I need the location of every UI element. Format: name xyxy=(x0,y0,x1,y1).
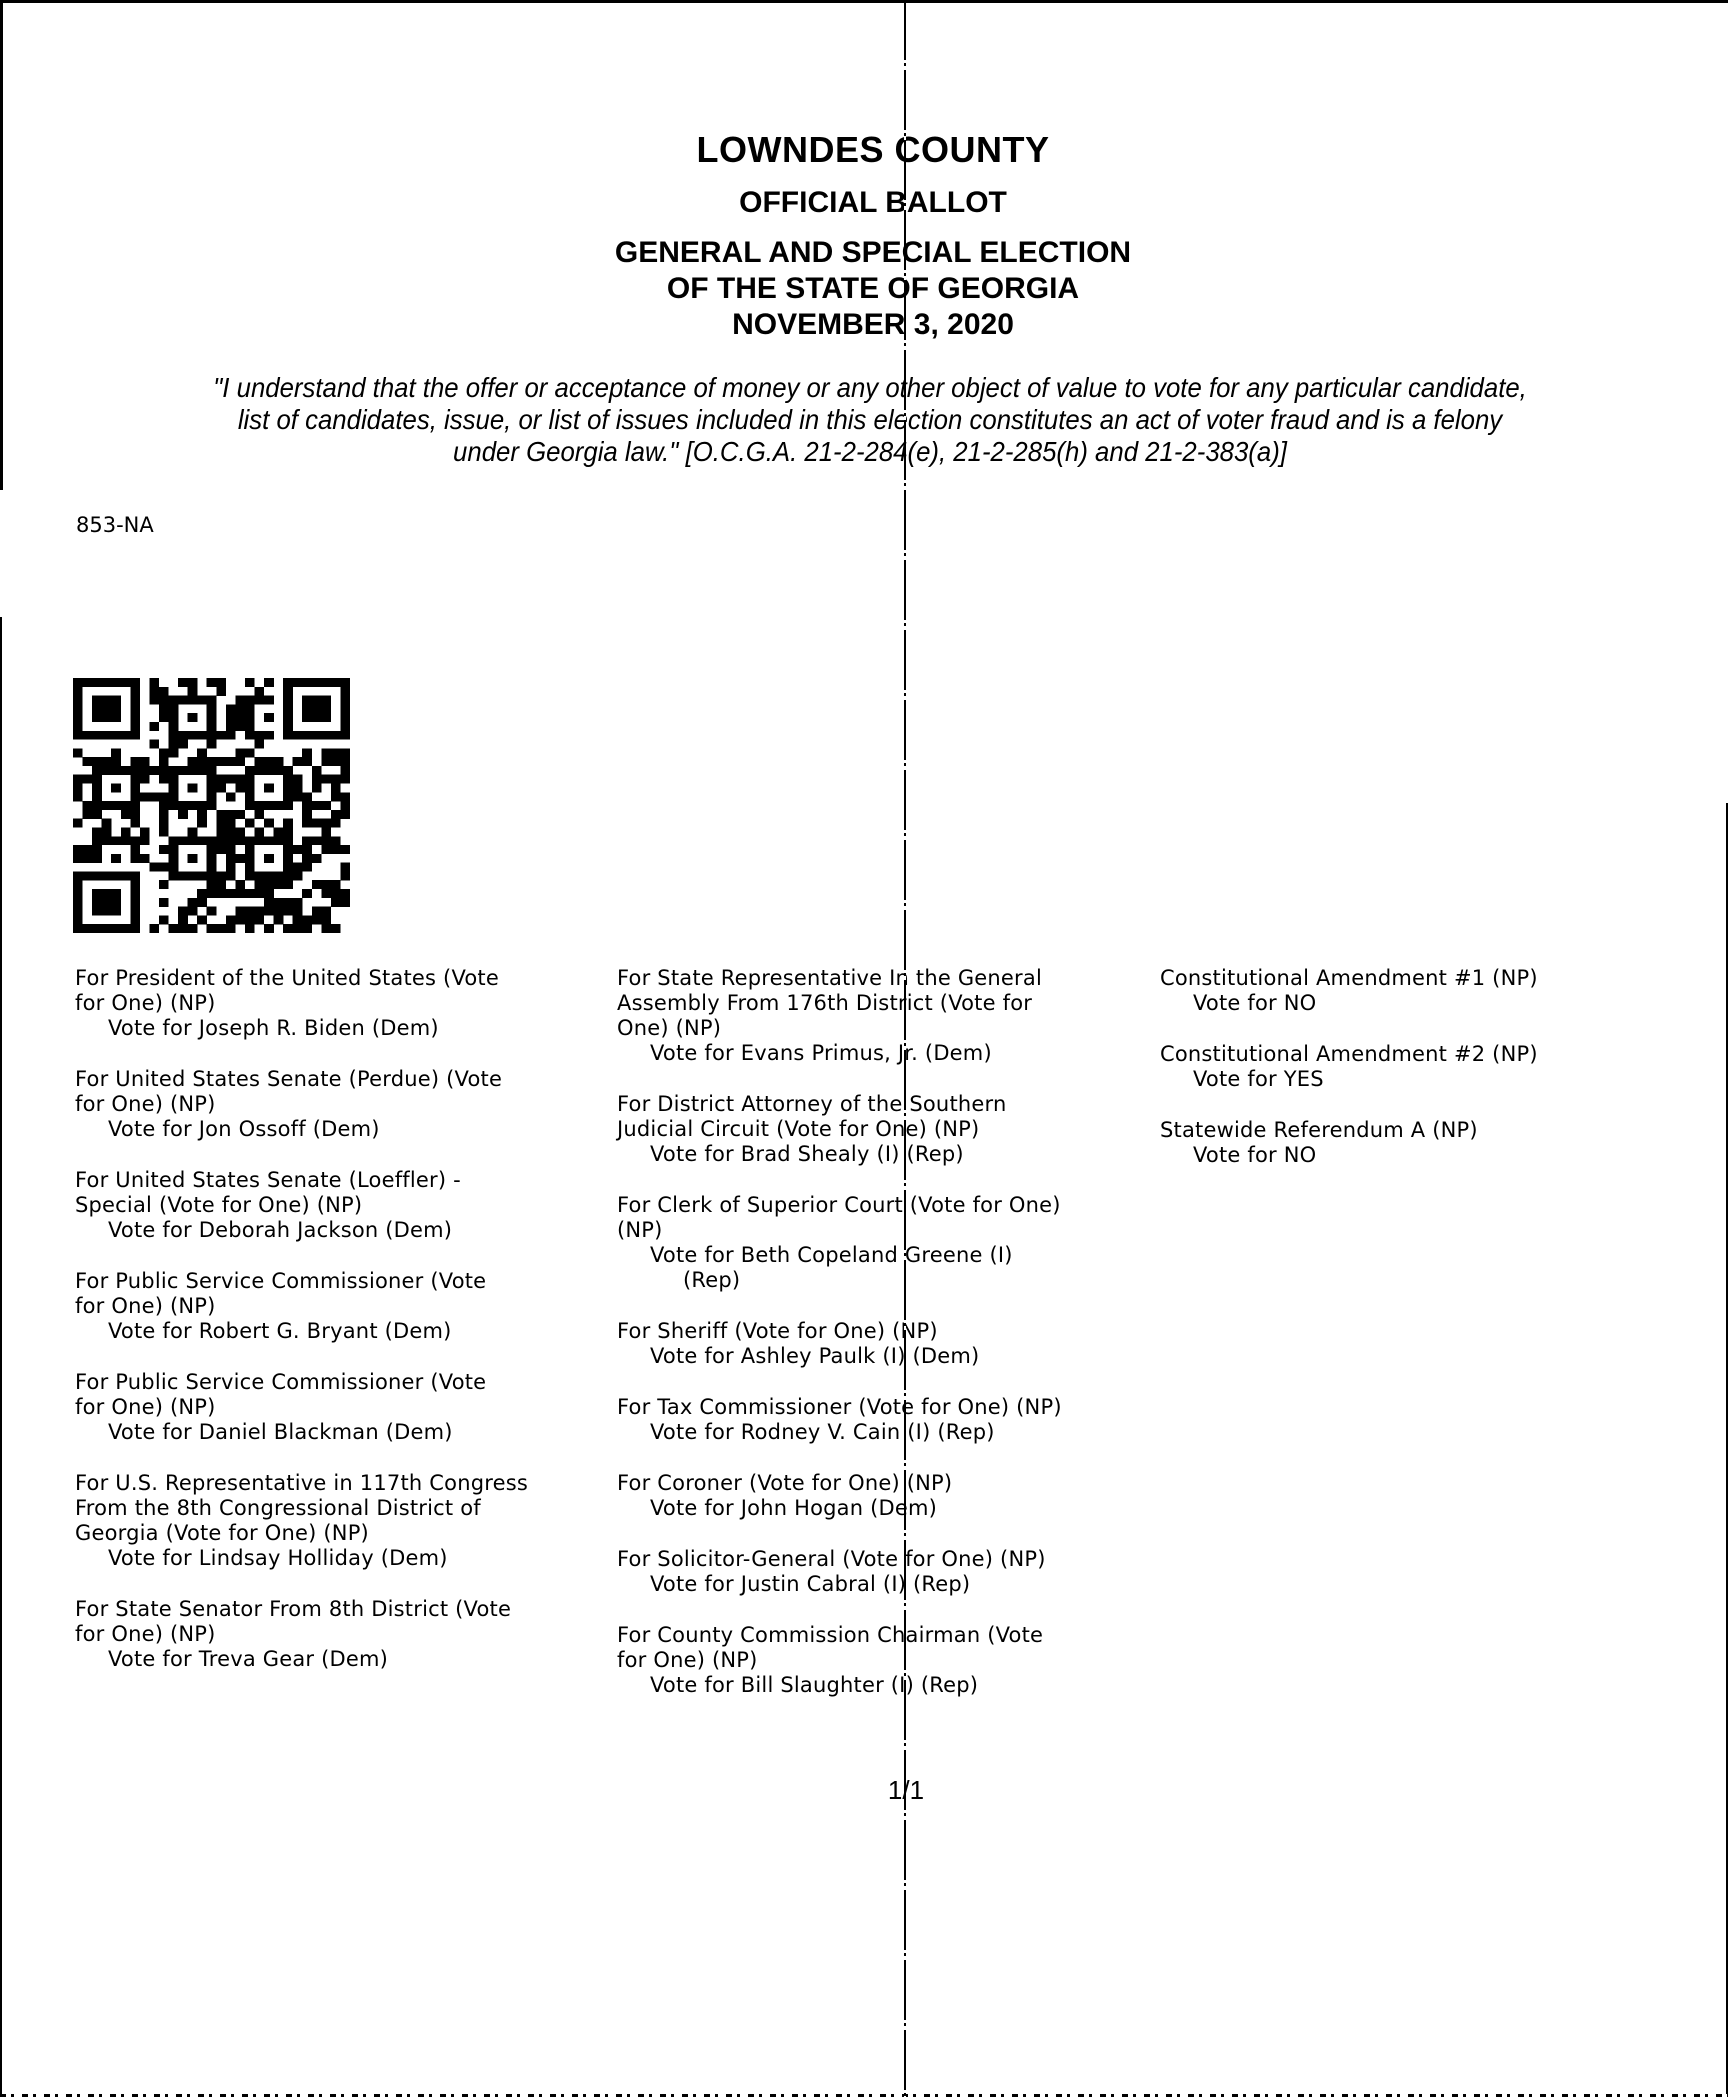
selection-text: Vote for Treva Gear (Dem) xyxy=(108,1647,615,1672)
oath-line: "I understand that the offer or acceptan… xyxy=(125,372,1615,404)
contest-title: For Coroner (Vote for One) (NP) xyxy=(617,1471,1157,1496)
contest-title: For State Representative In the General … xyxy=(617,966,1157,1041)
contest-title: For Public Service Commissioner (Vote fo… xyxy=(75,1269,615,1319)
vote-selection: Vote for Justin Cabral (I) (Rep) xyxy=(617,1572,1157,1597)
contest-title: For United States Senate (Loeffler) - Sp… xyxy=(75,1168,615,1218)
contest: For State Senator From 8th District (Vot… xyxy=(75,1597,615,1672)
contest-title: Constitutional Amendment #2 (NP) xyxy=(1160,1042,1680,1067)
selection-text: Vote for Jon Ossoff (Dem) xyxy=(108,1117,615,1142)
vote-selection: Vote for Rodney V. Cain (I) (Rep) xyxy=(617,1420,1157,1445)
contest: For Coroner (Vote for One) (NP)Vote for … xyxy=(617,1471,1157,1521)
selection-text: Vote for NO xyxy=(1193,1143,1680,1168)
contest-title: For Clerk of Superior Court (Vote for On… xyxy=(617,1193,1157,1243)
selection-text: Vote for Daniel Blackman (Dem) xyxy=(108,1420,615,1445)
contest: Constitutional Amendment #2 (NP)Vote for… xyxy=(1160,1042,1680,1092)
page-border-top xyxy=(0,0,1728,3)
vote-selection: Vote for NO xyxy=(1160,1143,1680,1168)
ballot-style-code: 853-NA xyxy=(76,513,154,537)
voter-oath: "I understand that the offer or acceptan… xyxy=(125,372,1615,468)
qr-code-icon xyxy=(73,678,350,933)
vote-selection: Vote for Brad Shealy (I) (Rep) xyxy=(617,1142,1157,1167)
contest-title: For State Senator From 8th District (Vot… xyxy=(75,1597,615,1647)
contest-title: Constitutional Amendment #1 (NP) xyxy=(1160,966,1680,991)
contest: For United States Senate (Perdue) (Vote … xyxy=(75,1067,615,1142)
contest: Statewide Referendum A (NP)Vote for NO xyxy=(1160,1118,1680,1168)
vote-selection: Vote for Treva Gear (Dem) xyxy=(75,1647,615,1672)
contest-title: For Sheriff (Vote for One) (NP) xyxy=(617,1319,1157,1344)
election-name: GENERAL AND SPECIAL ELECTION xyxy=(0,235,1728,271)
selection-text: Vote for Joseph R. Biden (Dem) xyxy=(108,1016,615,1041)
contest: For Public Service Commissioner (Vote fo… xyxy=(75,1370,615,1445)
ballot-header: LOWNDES COUNTY OFFICIAL BALLOT GENERAL A… xyxy=(0,125,1728,343)
contest: For State Representative In the General … xyxy=(617,966,1157,1066)
page-number: 1/1 xyxy=(866,1775,946,1806)
election-date: NOVEMBER 3, 2020 xyxy=(0,307,1728,343)
contest-title: For U.S. Representative in 117th Congres… xyxy=(75,1471,615,1546)
vote-selection: Vote for Daniel Blackman (Dem) xyxy=(75,1420,615,1445)
vote-selection: Vote for Beth Copeland Greene (I)(Rep) xyxy=(617,1243,1157,1293)
vote-selection: Vote for Lindsay Holliday (Dem) xyxy=(75,1546,615,1571)
vote-selection: Vote for Jon Ossoff (Dem) xyxy=(75,1117,615,1142)
vote-selection: Vote for YES xyxy=(1160,1067,1680,1092)
ballot-column-3: Constitutional Amendment #1 (NP)Vote for… xyxy=(1160,966,1680,1194)
contest-title: For District Attorney of the Southern Ju… xyxy=(617,1092,1157,1142)
vote-selection: Vote for Joseph R. Biden (Dem) xyxy=(75,1016,615,1041)
contest: For Solicitor-General (Vote for One) (NP… xyxy=(617,1547,1157,1597)
oath-line: list of candidates, issue, or list of is… xyxy=(125,404,1615,436)
contest-title: For Tax Commissioner (Vote for One) (NP) xyxy=(617,1395,1157,1420)
contest: For County Commission Chairman (Vote for… xyxy=(617,1623,1157,1698)
contest: Constitutional Amendment #1 (NP)Vote for… xyxy=(1160,966,1680,1016)
vote-selection: Vote for NO xyxy=(1160,991,1680,1016)
selection-text: Vote for YES xyxy=(1193,1067,1680,1092)
contest: For District Attorney of the Southern Ju… xyxy=(617,1092,1157,1167)
contest: For Public Service Commissioner (Vote fo… xyxy=(75,1269,615,1344)
ballot-type: OFFICIAL BALLOT xyxy=(0,175,1728,231)
vote-selection: Vote for Bill Slaughter (I) (Rep) xyxy=(617,1673,1157,1698)
county-title: LOWNDES COUNTY xyxy=(0,125,1728,175)
vote-selection: Vote for Deborah Jackson (Dem) xyxy=(75,1218,615,1243)
ballot-column-1: For President of the United States (Vote… xyxy=(75,966,615,1698)
page-border-left xyxy=(0,617,2,2097)
selection-text: Vote for Deborah Jackson (Dem) xyxy=(108,1218,615,1243)
contest: For Tax Commissioner (Vote for One) (NP)… xyxy=(617,1395,1157,1445)
contest-title: Statewide Referendum A (NP) xyxy=(1160,1118,1680,1143)
contest: For U.S. Representative in 117th Congres… xyxy=(75,1471,615,1571)
contest: For Sheriff (Vote for One) (NP)Vote for … xyxy=(617,1319,1157,1369)
vote-selection: Vote for Evans Primus, Jr. (Dem) xyxy=(617,1041,1157,1066)
fold-line xyxy=(904,0,906,2097)
election-state: OF THE STATE OF GEORGIA xyxy=(0,271,1728,307)
vote-selection: Vote for Ashley Paulk (I) (Dem) xyxy=(617,1344,1157,1369)
contest-title: For Solicitor-General (Vote for One) (NP… xyxy=(617,1547,1157,1572)
contest: For United States Senate (Loeffler) - Sp… xyxy=(75,1168,615,1243)
vote-selection: Vote for John Hogan (Dem) xyxy=(617,1496,1157,1521)
contest: For President of the United States (Vote… xyxy=(75,966,615,1041)
vote-selection: Vote for Robert G. Bryant (Dem) xyxy=(75,1319,615,1344)
contest-title: For President of the United States (Vote… xyxy=(75,966,615,1016)
contest-title: For United States Senate (Perdue) (Vote … xyxy=(75,1067,615,1117)
selection-text: Vote for Robert G. Bryant (Dem) xyxy=(108,1319,615,1344)
contest-title: For County Commission Chairman (Vote for… xyxy=(617,1623,1157,1673)
selection-text: Vote for NO xyxy=(1193,991,1680,1016)
contest-title: For Public Service Commissioner (Vote fo… xyxy=(75,1370,615,1420)
contest: For Clerk of Superior Court (Vote for On… xyxy=(617,1193,1157,1293)
selection-text: Vote for Lindsay Holliday (Dem) xyxy=(108,1546,615,1571)
oath-line: under Georgia law." [O.C.G.A. 21-2-284(e… xyxy=(125,436,1615,468)
ballot-column-2: For State Representative In the General … xyxy=(617,966,1157,1724)
